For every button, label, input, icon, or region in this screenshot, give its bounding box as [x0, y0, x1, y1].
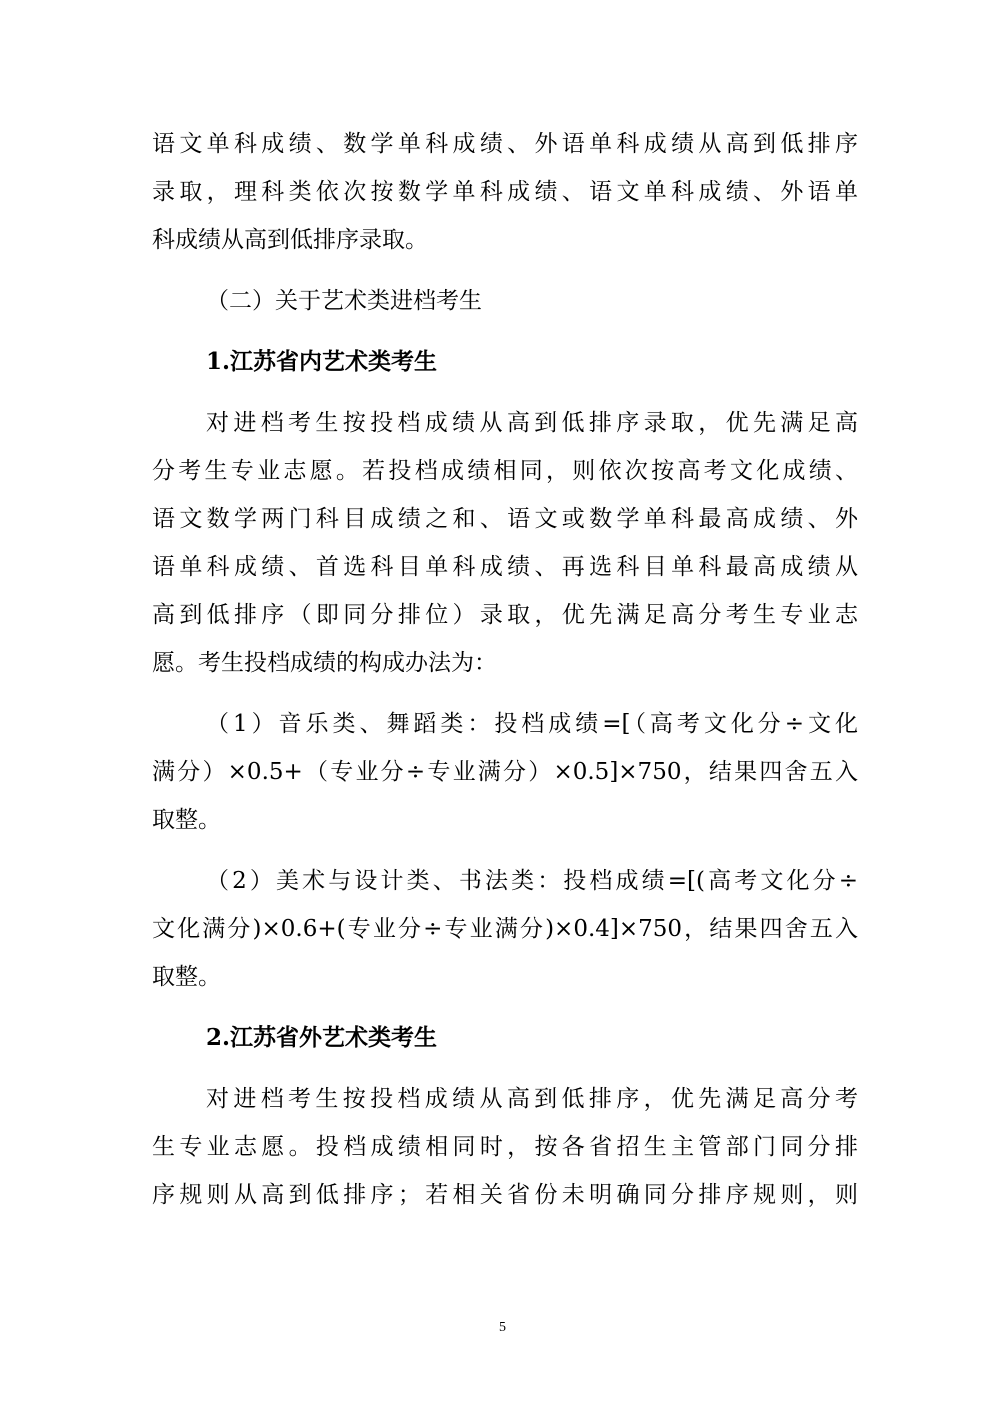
paragraph-line: 语单科成绩、首选科目单科成绩、再选科目单科最高成绩从 — [152, 543, 858, 591]
paragraph-line: 语文单科成绩、数学单科成绩、外语单科成绩从高到低排序 — [152, 120, 858, 168]
paragraph-line: 生专业志愿。投档成绩相同时，按各省招生主管部门同分排 — [152, 1123, 858, 1171]
subsection-heading: 2.江苏省外艺术类考生 — [206, 1014, 912, 1062]
paragraph-line: 语文数学两门科目成绩之和、语文或数学单科最高成绩、外 — [152, 495, 858, 543]
section-heading: （二）关于艺术类进档考生 — [206, 277, 912, 325]
paragraph-line: 分考生专业志愿。若投档成绩相同，则依次按高考文化成绩、 — [152, 447, 858, 495]
paragraph-line: 序规则从高到低排序；若相关省份未明确同分排序规则，则 — [152, 1171, 858, 1219]
paragraph-line: 对进档考生按投档成绩从高到低排序，优先满足高分考 — [206, 1075, 858, 1123]
formula-line: 满分）×0.5+（专业分÷专业满分）×0.5]×750，结果四舍五入 — [152, 748, 858, 796]
paragraph-line: 录取，理科类依次按数学单科成绩、语文单科成绩、外语单 — [152, 168, 858, 216]
formula-line: （2）美术与设计类、书法类：投档成绩=[(高考文化分÷ — [206, 857, 858, 905]
paragraph-line: 对进档考生按投档成绩从高到低排序录取，优先满足高 — [206, 399, 858, 447]
document-page: 语文单科成绩、数学单科成绩、外语单科成绩从高到低排序 录取，理科类依次按数学单科… — [0, 0, 1005, 1420]
paragraph-line: 科成绩从高到低排序录取。 — [152, 216, 858, 264]
page-number: 5 — [0, 1320, 1005, 1336]
formula-line: （1）音乐类、舞蹈类：投档成绩=[（高考文化分÷文化 — [206, 700, 858, 748]
formula-line: 文化满分)×0.6+(专业分÷专业满分)×0.4]×750，结果四舍五入 — [152, 905, 858, 953]
formula-line: 取整。 — [152, 953, 858, 1001]
formula-line: 取整。 — [152, 796, 858, 844]
paragraph-line: 高到低排序（即同分排位）录取，优先满足高分考生专业志 — [152, 591, 858, 639]
paragraph-line: 愿。考生投档成绩的构成办法为： — [152, 639, 858, 687]
subsection-heading: 1.江苏省内艺术类考生 — [206, 338, 912, 386]
